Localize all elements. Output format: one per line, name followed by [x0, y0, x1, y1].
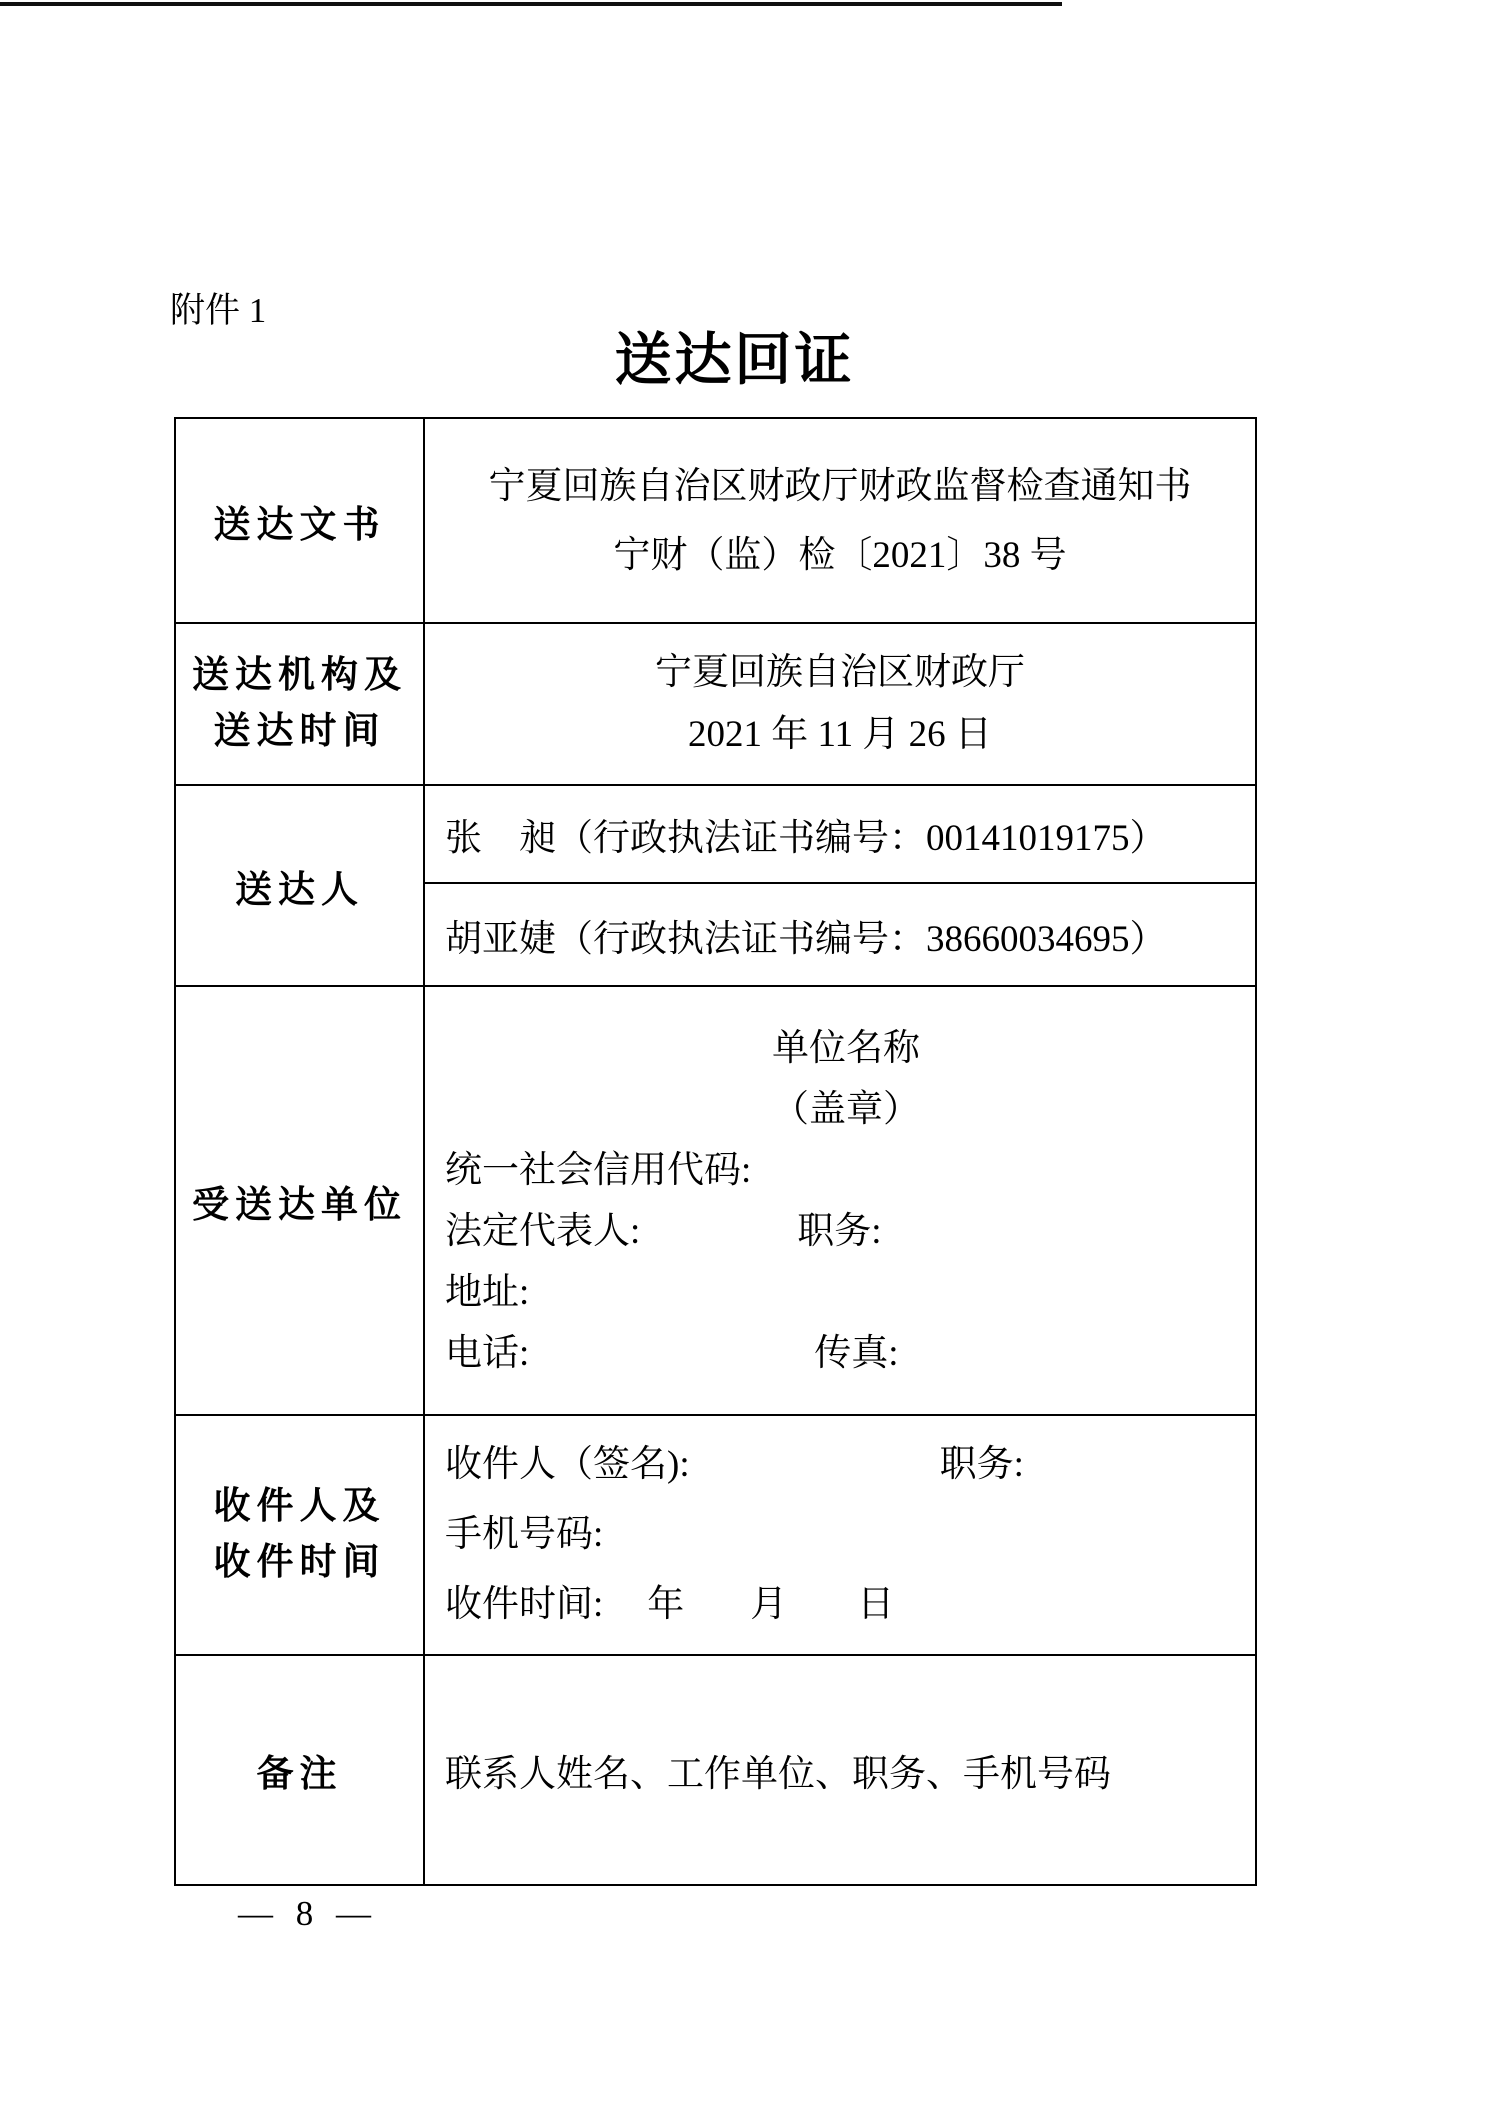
- phone-field: 电话:: [445, 1333, 529, 1374]
- attachment-label: 附件 1: [170, 291, 266, 331]
- credit-code-field: 统一社会信用代码:: [445, 1140, 1247, 1201]
- remarks-cell: 联系人姓名、工作单位、职务、手机号码: [424, 1655, 1256, 1885]
- serving-agency-name: 宁夏回族自治区财政厅: [426, 642, 1254, 704]
- address-field: 地址:: [445, 1262, 1247, 1323]
- phone-fax-line: 电话:传真:: [445, 1323, 1247, 1384]
- receipt-time-field: 收件时间:: [445, 1584, 603, 1625]
- serving-agency-label: 送达机构及 送达时间: [175, 623, 424, 785]
- served-document-label: 送达文书: [175, 418, 424, 623]
- row-remarks: 备注 联系人姓名、工作单位、职务、手机号码: [175, 1655, 1256, 1885]
- scan-edge-artifact: [0, 2, 1062, 6]
- serving-agency-cell: 宁夏回族自治区财政厅 2021 年 11 月 26 日: [424, 623, 1256, 785]
- recipient-unit-cell: 单位名称 （盖章） 统一社会信用代码: 法定代表人:职务: 地址: 电话:传真:: [424, 986, 1256, 1415]
- signer-field: 收件人（签名):: [445, 1444, 690, 1485]
- page-title: 送达回证: [194, 328, 1275, 394]
- day-label: 日: [857, 1584, 894, 1625]
- row-server-1: 送达人 张 昶（行政执法证书编号：00141019175）: [175, 785, 1256, 883]
- row-recipient-unit: 受送达单位 单位名称 （盖章） 统一社会信用代码: 法定代表人:职务: 地址: …: [175, 986, 1256, 1415]
- month-label: 月: [750, 1584, 787, 1625]
- row-served-document: 送达文书 宁夏回族自治区财政厅财政监督检查通知书 宁财（监）检〔2021〕38 …: [175, 418, 1256, 623]
- serving-date: 2021 年 11 月 26 日: [426, 704, 1254, 766]
- server-1-cell: 张 昶（行政执法证书编号：00141019175）: [424, 785, 1256, 883]
- receiver-position-field: 职务:: [940, 1444, 1024, 1485]
- server-2-cell: 胡亚婕（行政执法证书编号：38660034695）: [424, 883, 1256, 986]
- receipt-time-line: 收件时间:年月日: [445, 1570, 1254, 1640]
- seal-line: （盖章）: [445, 1079, 1247, 1140]
- legal-rep-field: 法定代表人:: [445, 1211, 640, 1252]
- served-document-line2: 宁财（监）检〔2021〕38 号: [426, 521, 1254, 590]
- receiver-cell: 收件人（签名):职务: 手机号码: 收件时间:年月日: [424, 1415, 1256, 1655]
- serving-agency-label-line1: 送达机构及: [177, 648, 422, 704]
- serving-agency-label-line2: 送达时间: [177, 704, 422, 760]
- year-label: 年: [647, 1584, 684, 1625]
- remarks-label: 备注: [175, 1655, 424, 1885]
- receiver-label-line2: 收件时间: [177, 1535, 422, 1591]
- page-number: — 8 —: [238, 1894, 373, 1934]
- row-receiver: 收件人及 收件时间 收件人（签名):职务: 手机号码: 收件时间:年月日: [175, 1415, 1256, 1655]
- signer-line: 收件人（签名):职务:: [445, 1430, 1254, 1500]
- servers-label: 送达人: [175, 785, 424, 986]
- fax-field: 传真:: [814, 1333, 898, 1374]
- served-document-line1: 宁夏回族自治区财政厅财政监督检查通知书: [426, 452, 1254, 521]
- mobile-field: 手机号码:: [445, 1500, 1254, 1570]
- legal-rep-line: 法定代表人:职务:: [445, 1201, 1247, 1262]
- document-page: 附件 1 送达回证 送达文书 宁夏回族自治区财政厅财政监督检查通知书 宁财（监）…: [0, 0, 1488, 2104]
- receiver-label-line1: 收件人及: [177, 1479, 422, 1535]
- service-receipt-table: 送达文书 宁夏回族自治区财政厅财政监督检查通知书 宁财（监）检〔2021〕38 …: [174, 417, 1257, 1886]
- unit-position-field: 职务:: [797, 1211, 881, 1252]
- unit-name-line: 单位名称: [445, 1018, 1247, 1079]
- receiver-label: 收件人及 收件时间: [175, 1415, 424, 1655]
- recipient-unit-label: 受送达单位: [175, 986, 424, 1415]
- served-document-cell: 宁夏回族自治区财政厅财政监督检查通知书 宁财（监）检〔2021〕38 号: [424, 418, 1256, 623]
- row-serving-agency: 送达机构及 送达时间 宁夏回族自治区财政厅 2021 年 11 月 26 日: [175, 623, 1256, 785]
